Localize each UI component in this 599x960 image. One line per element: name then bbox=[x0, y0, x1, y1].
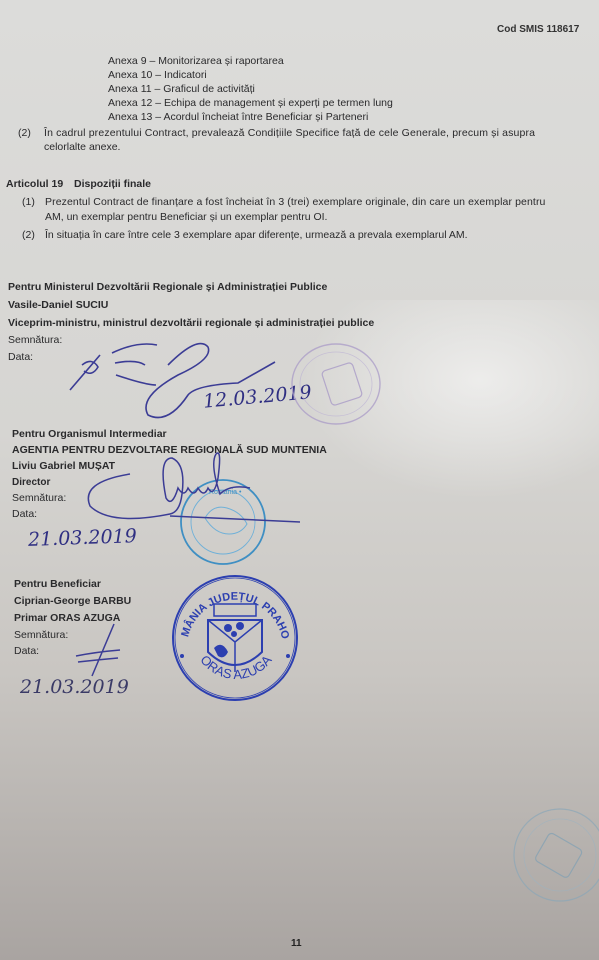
article-item-text: În situația în care între cele 3 exempla… bbox=[45, 229, 468, 242]
signatory-org: Pentru Ministerul Dezvoltării Regionale … bbox=[8, 281, 327, 294]
clause-text: celorlalte anexe. bbox=[44, 141, 120, 154]
intermediary-signature bbox=[70, 452, 310, 532]
beneficiary-signature bbox=[70, 620, 130, 680]
date-label: Data: bbox=[8, 351, 33, 364]
smis-code: Cod SMIS 118617 bbox=[497, 23, 579, 36]
page-number: 11 bbox=[291, 937, 302, 950]
beneficiary-stamp: ROMÂNIA JUDEȚUL PRAHOVA ORAS AZUGA bbox=[170, 568, 300, 706]
signature-label: Semnătura: bbox=[14, 629, 68, 642]
date-label: Data: bbox=[14, 645, 39, 658]
article-item-number: (2) bbox=[22, 229, 35, 241]
article-item-text: Prezentul Contract de finanțare a fost î… bbox=[45, 196, 545, 209]
document-page: Cod SMIS 118617 Anexa 9 – Monitorizarea … bbox=[0, 0, 599, 960]
ministry-stamp bbox=[290, 342, 385, 427]
annex-item: Anexa 13 – Acordul încheiat între Benefi… bbox=[108, 111, 368, 124]
date-label: Data: bbox=[12, 508, 37, 521]
article-title: Dispoziții finale bbox=[74, 178, 151, 191]
signatory-name: Vasile-Daniel SUCIU bbox=[8, 299, 108, 312]
clause-text: În cadrul prezentului Contract, prevalea… bbox=[44, 127, 535, 140]
annex-item: Anexa 9 – Monitorizarea și raportarea bbox=[108, 55, 284, 68]
ministry-stamp-faint bbox=[510, 800, 599, 910]
signatory-role: Viceprim-ministru, ministrul dezvoltării… bbox=[8, 317, 374, 330]
signature-label: Semnătura: bbox=[8, 334, 62, 347]
handwritten-date: 21.03.2019 bbox=[20, 676, 129, 698]
annex-item: Anexa 11 – Graficul de activități bbox=[108, 83, 255, 96]
clause-number: (2) bbox=[18, 127, 31, 139]
annex-item: Anexa 12 – Echipa de management și exper… bbox=[108, 97, 393, 110]
svg-text:ORAS AZUGA: ORAS AZUGA bbox=[197, 652, 274, 682]
signatory-org: Pentru Beneficiar bbox=[14, 578, 101, 591]
handwritten-date: 21.03.2019 bbox=[28, 525, 137, 551]
signatory-role: Director bbox=[12, 476, 50, 489]
signature-label: Semnătura: bbox=[12, 492, 66, 505]
article-number: Articolul 19 bbox=[6, 178, 63, 191]
signatory-org: Pentru Organismul Intermediar bbox=[12, 428, 167, 441]
annex-item: Anexa 10 – Indicatori bbox=[108, 69, 207, 82]
signatory-name: Ciprian-George BARBU bbox=[14, 595, 131, 608]
article-item-number: (1) bbox=[22, 196, 35, 208]
article-item-text: AM, un exemplar pentru Beneficiar și un … bbox=[45, 211, 327, 224]
